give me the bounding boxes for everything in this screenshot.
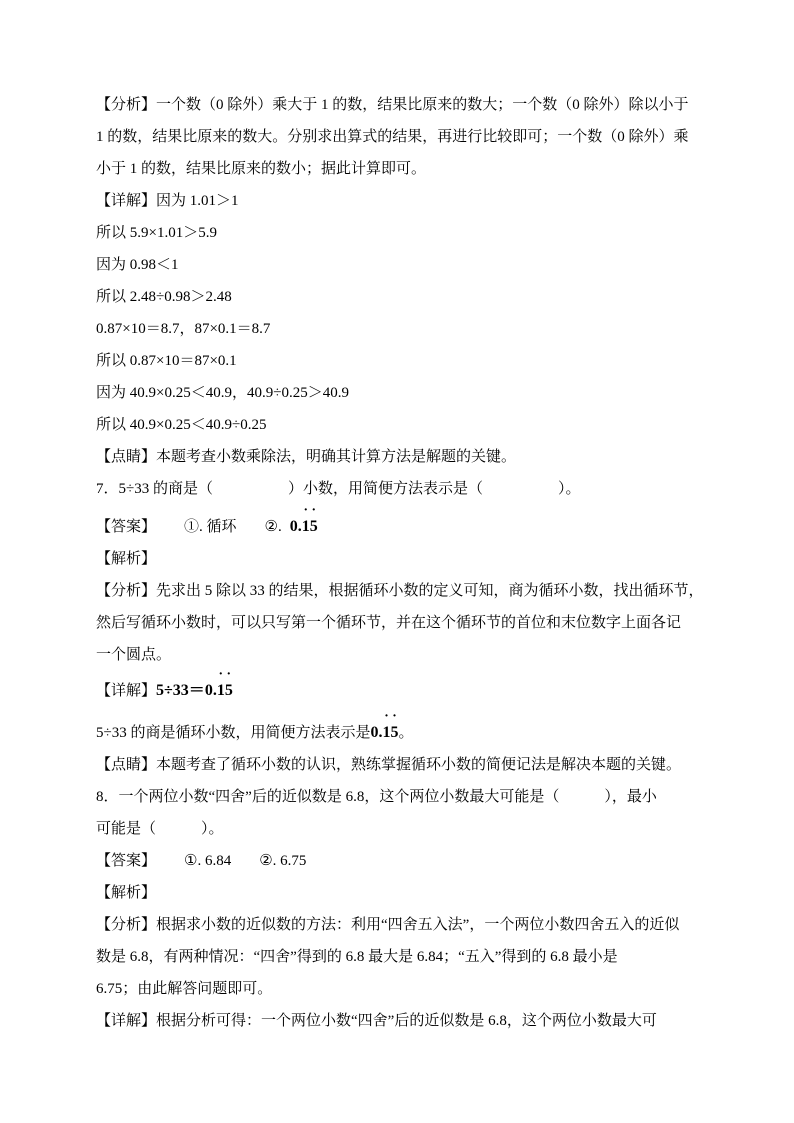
q6-analysis-line-1: 【分析】一个数（0 除外）乘大于 1 的数，结果比原来的数大；一个数（0 除外）… [96, 89, 700, 121]
recurring-digit-2: ·5 [310, 511, 318, 543]
q8-answer-item-1: ①. 6.84 [184, 853, 231, 869]
document-page: 【分析】一个数（0 除外）乘大于 1 的数，结果比原来的数大；一个数（0 除外）… [0, 0, 794, 1123]
q6-detail-line-6: 所以 0.87×10＝87×0.1 [96, 345, 700, 377]
digit: 5 [225, 682, 233, 699]
q7-analysis-line-3: 一个圆点。 [96, 639, 700, 671]
q6-analysis-line-3: 小于 1 的数，结果比原来的数小；据此计算即可。 [96, 153, 700, 185]
q7-question-line: 7．5÷33 的商是（ ）小数，用简便方法表示是（ ）。 [96, 473, 700, 505]
q6-detail-line-3: 因为 0.98＜1 [96, 249, 700, 281]
q8-question-line-1: 8．一个两位小数“四舍”后的近似数是 6.8，这个两位小数最大可能是（ ），最小 [96, 781, 700, 813]
overdot-icon: · [303, 503, 308, 517]
q7-analysis-label-line: 【解析】 [96, 543, 700, 575]
q8-analysis-line-2: 数是 6.8，有两种情况：“四舍”得到的 6.8 最大是 6.84；“五入”得到… [96, 941, 700, 973]
recurring-decimal: 0.·1·5 [370, 724, 398, 741]
digit: 5 [310, 518, 318, 535]
recurring-digit-2: ·5 [225, 675, 233, 707]
q6-detail-line-4: 所以 2.48÷0.98＞2.48 [96, 281, 700, 313]
q8-answer-label: 【答案】 [96, 853, 156, 869]
digit: 1 [302, 518, 310, 535]
recurring-digit-1: ·1 [217, 675, 225, 707]
recurring-prefix: 0. [370, 724, 382, 741]
q7-formula: 5÷33＝0.·1·5 [156, 682, 233, 699]
q7-conclusion-period: 。 [398, 725, 413, 741]
q6-detail-line-5: 0.87×10＝8.7，87×0.1＝8.7 [96, 313, 700, 345]
q6-analysis-line-2: 1 的数，结果比原来的数大。分别求出算式的结果，再进行比较即可；一个数（0 除外… [96, 121, 700, 153]
q8-analysis-line-3: 6.75；由此解答问题即可。 [96, 973, 700, 1005]
overdot-icon: · [392, 709, 397, 723]
formula-equation: 5÷33＝ [156, 682, 205, 699]
q7-analysis-line-1: 【分析】先求出 5 除以 33 的结果，根据循环小数的定义可知，商为循环小数，找… [96, 575, 700, 607]
q7-conclusion-text: 5÷33 的商是循环小数，用简便方法表示是 [96, 725, 370, 741]
digit: 5 [390, 724, 398, 741]
overdot-icon: · [384, 709, 389, 723]
q7-detail-line: 【详解】5÷33＝0.·1·5 [96, 675, 700, 707]
q6-comment-line: 【点睛】本题考查小数乘除法，明确其计算方法是解题的关键。 [96, 441, 700, 473]
q8-analysis-line-1: 【分析】根据求小数的近似数的方法：利用“四舍五入法”，一个两位小数四舍五入的近似 [96, 909, 700, 941]
q7-answer-item-2-label: ②. [265, 519, 282, 535]
q8-analysis-label-line: 【解析】 [96, 877, 700, 909]
recurring-prefix: 0. [290, 518, 302, 535]
q6-detail-line-1: 【详解】因为 1.01＞1 [96, 185, 700, 217]
q8-answer-line: 【答案】①. 6.84②. 6.75 [96, 845, 700, 877]
q8-detail-line-1: 【详解】根据分析可得：一个两位小数“四舍”后的近似数是 6.8，这个两位小数最大… [96, 1005, 700, 1037]
q7-detail-label: 【详解】 [96, 683, 156, 699]
overdot-icon: · [219, 667, 224, 681]
overdot-icon: · [227, 667, 232, 681]
recurring-digit-2: ·5 [390, 717, 398, 749]
q7-answer-line: 【答案】①. 循环②.0.·1·5 [96, 511, 700, 543]
q8-answer-item-2: ②. 6.75 [259, 853, 306, 869]
recurring-digit-1: ·1 [382, 717, 390, 749]
q7-analysis-line-2: 然后写循环小数时，可以只写第一个循环节，并在这个循环节的首位和末位数字上面各记 [96, 607, 700, 639]
q8-question-line-2: 可能是（ ）。 [96, 813, 700, 845]
q6-detail-line-8: 所以 40.9×0.25＜40.9÷0.25 [96, 409, 700, 441]
q7-conclusion-line: 5÷33 的商是循环小数，用简便方法表示是0.·1·5。 [96, 717, 700, 749]
q7-answer-item-1: ①. 循环 [184, 519, 237, 535]
q6-detail-line-7: 因为 40.9×0.25＜40.9，40.9÷0.25＞40.9 [96, 377, 700, 409]
q7-answer-label: 【答案】 [96, 519, 156, 535]
q7-comment-line: 【点睛】本题考查了循环小数的认识，熟练掌握循环小数的简便记法是解决本题的关键。 [96, 749, 700, 781]
q6-detail-line-2: 所以 5.9×1.01＞5.9 [96, 217, 700, 249]
recurring-prefix: 0. [205, 682, 217, 699]
recurring-digit-1: ·1 [302, 511, 310, 543]
digit: 1 [382, 724, 390, 741]
recurring-decimal: 0.·1·5 [290, 518, 318, 535]
overdot-icon: · [311, 503, 316, 517]
digit: 1 [217, 682, 225, 699]
